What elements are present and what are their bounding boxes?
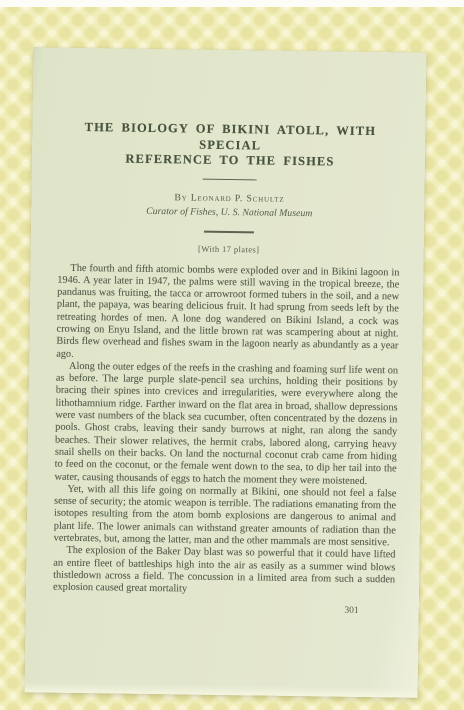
page-title: THE BIOLOGY OF BIKINI ATOLL, WITH SPECIA…: [59, 120, 402, 171]
book-page: THE BIOLOGY OF BIKINI ATOLL, WITH SPECIA…: [25, 47, 427, 697]
paragraph-1: The fourth and fifth atomic bombs were e…: [56, 262, 399, 365]
body-text: The fourth and fifth atomic bombs were e…: [53, 262, 400, 599]
plates-note: [With 17 plates]: [58, 241, 400, 256]
page-number: 301: [53, 601, 395, 616]
title-divider: [203, 178, 257, 180]
paragraph-3: Yet, with all this life going on normall…: [54, 483, 397, 549]
paragraph-4: The explosion of the Baker Day blast was…: [53, 545, 396, 599]
photo-scene: THE BIOLOGY OF BIKINI ATOLL, WITH SPECIA…: [0, 0, 464, 710]
author-affiliation: Curator of Fishes, U. S. National Museum: [58, 205, 400, 221]
page-title-line-1: THE BIOLOGY OF BIKINI ATOLL, WITH SPECIA…: [59, 120, 401, 156]
byline-divider: [204, 231, 254, 233]
paragraph-2: Along the outer edges of the reefs in th…: [54, 361, 398, 489]
byline: By Leonard P. Schultz: [58, 191, 400, 207]
